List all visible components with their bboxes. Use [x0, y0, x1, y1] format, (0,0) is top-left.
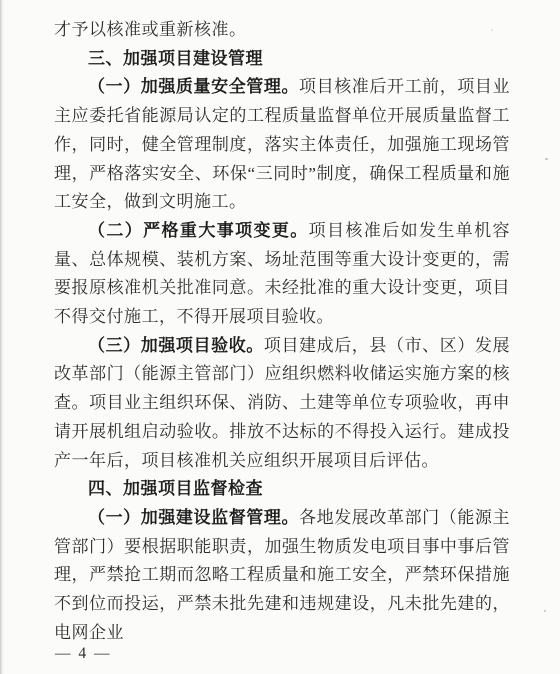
paragraph-4-1-lead: （一）加强建设监督管理。	[88, 508, 299, 527]
paragraph-3-2: （二）严格重大事项变更。项目核准后如发生单机容量、总体规模、装机方案、场址范围等…	[54, 217, 510, 332]
paragraph-3-1-body: 项目核准后开工前，项目业主应委托省能源局认定的工程质量监督单位开展质量监督工作，…	[54, 77, 510, 211]
paragraph-3-2-lead: （二）严格重大事项变更。	[88, 221, 309, 240]
page-number: — 4 —	[55, 645, 112, 663]
section-4-heading: 四、加强项目监督检查	[54, 475, 510, 504]
document-body: 才予以核准或重新核准。 三、加强项目建设管理 （一）加强质量安全管理。项目核准后…	[54, 16, 510, 647]
section-3-heading: 三、加强项目建设管理	[54, 45, 510, 74]
paragraph-4-1-body: 各地发展改革部门（能源主管部门）要根据职能职责，加强生物质发电项目事中事后管理，…	[54, 508, 510, 642]
paragraph-3-3-body: 项目建成后，县（市、区）发展改革部门（能源主管部门）应组织燃料收储运实施方案的核…	[54, 336, 510, 470]
scan-speck	[544, 610, 546, 612]
scan-edge-artifact	[0, 0, 4, 674]
scan-speck	[545, 158, 548, 160]
paragraph-3-1: （一）加强质量安全管理。项目核准后开工前，项目业主应委托省能源局认定的工程质量监…	[54, 73, 510, 217]
paragraph-4-1: （一）加强建设监督管理。各地发展改革部门（能源主管部门）要根据职能职责，加强生物…	[54, 504, 510, 648]
document-page: 才予以核准或重新核准。 三、加强项目建设管理 （一）加强质量安全管理。项目核准后…	[0, 0, 560, 674]
paragraph-3-3: （三）加强项目验收。项目建成后，县（市、区）发展改革部门（能源主管部门）应组织燃…	[54, 332, 510, 476]
paragraph-continuation: 才予以核准或重新核准。	[54, 16, 510, 45]
paragraph-3-3-lead: （三）加强项目验收。	[88, 336, 264, 355]
paragraph-3-1-lead: （一）加强质量安全管理。	[88, 77, 299, 96]
